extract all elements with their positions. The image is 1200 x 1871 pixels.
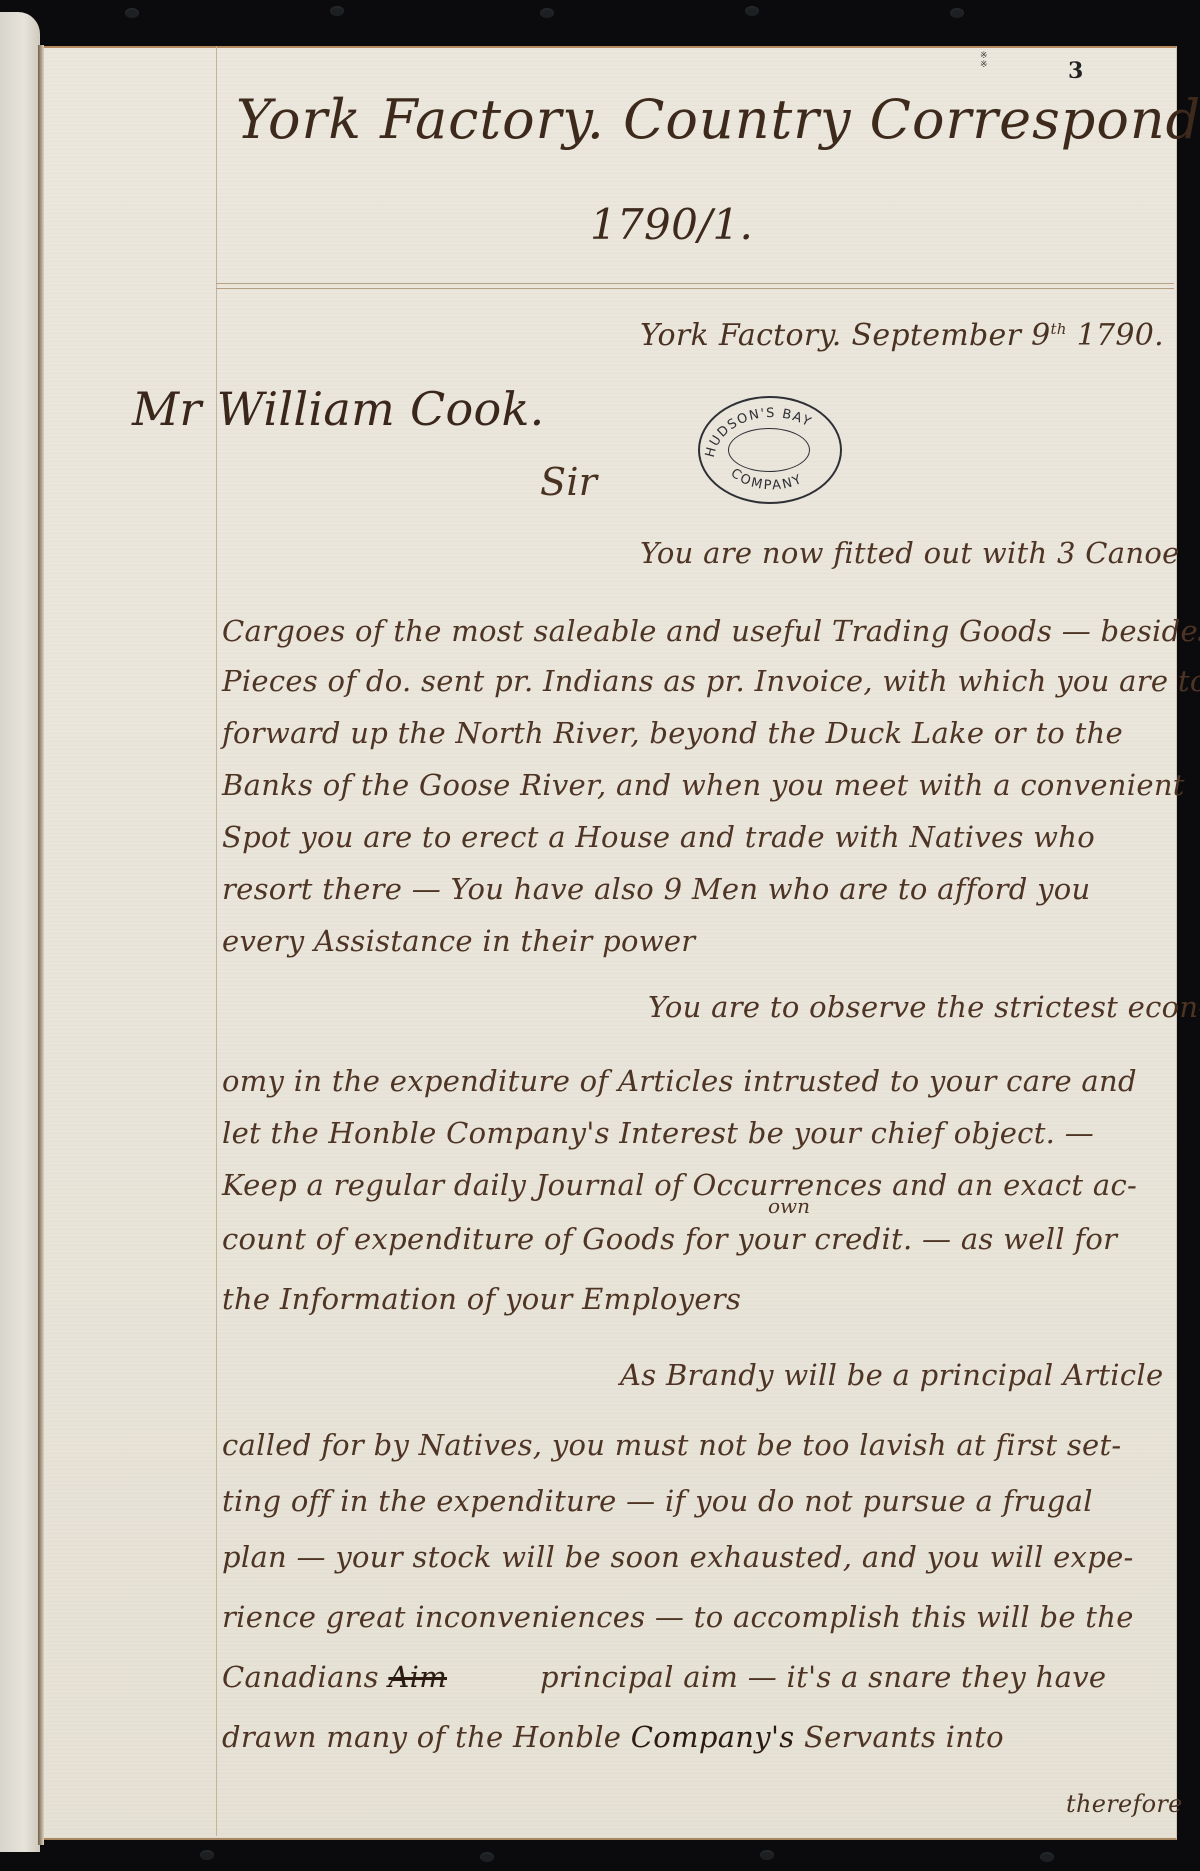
book-gutter (38, 45, 44, 1845)
binding-hole (1040, 1852, 1054, 1862)
letter-line: Spot you are to erect a House and trade … (222, 820, 1095, 854)
dateline-ordinal: th (1050, 320, 1066, 338)
volume-year: 1790/1. (590, 200, 753, 249)
letter-line: resort there — You have also 9 Men who a… (222, 872, 1091, 906)
addressee: Mr William Cook. (132, 382, 545, 436)
dateline-date: September 9 (851, 318, 1050, 353)
binding-hole (540, 8, 554, 18)
binding-hole (950, 8, 964, 18)
binding-hole (480, 1852, 494, 1862)
letter-line: plan — your stock will be soon exhausted… (222, 1540, 1134, 1574)
line-end: Servants into (804, 1720, 1004, 1754)
letter-line: Banks of the Goose River, and when you m… (222, 768, 1185, 802)
word-canadians: Canadians (222, 1660, 379, 1694)
header-rule-upper (216, 283, 1174, 284)
letter-line: count of expenditure of Goods for your c… (222, 1222, 1117, 1256)
binding-hole (745, 6, 759, 16)
dateline-year: 1790. (1077, 318, 1164, 353)
letter-line: Keep a regular daily Journal of Occurren… (222, 1168, 1137, 1202)
letter-line: ting off in the expenditure — if you do … (222, 1484, 1093, 1518)
facing-page-edge (0, 12, 40, 1852)
interlinear-insertion: own (768, 1194, 810, 1218)
header-rule-lower (216, 288, 1174, 289)
margin-rule (216, 46, 217, 1836)
salutation: Sir (540, 460, 597, 504)
letter-line: every Assistance in their power (222, 924, 695, 958)
letter-line: Pieces of do. sent pr. Indians as pr. In… (222, 664, 1200, 698)
dateline: York Factory. September 9th 1790. (640, 318, 1164, 353)
letter-line-with-deletion: Canadians Aim (222, 1660, 447, 1694)
catchword: therefore (1066, 1790, 1183, 1818)
letter-line: principal aim — it's a snare they have (540, 1660, 1106, 1694)
letter-line: You are now fitted out with 3 Canoe (640, 536, 1180, 570)
letter-line: called for by Natives, you must not be t… (222, 1428, 1122, 1462)
svg-text:COMPANY: COMPANY (728, 466, 806, 494)
line-start: drawn many of the Honble (222, 1720, 621, 1754)
hudsons-bay-company-stamp: HUDSON'S BAY COMPANY (698, 396, 842, 504)
letter-line: You are to observe the strictest econ- (648, 990, 1200, 1024)
letter-line: As Brandy will be a principal Article (620, 1358, 1163, 1392)
binding-hole (760, 1850, 774, 1860)
binding-hole (330, 6, 344, 16)
emphasized-word: Company's (631, 1720, 795, 1754)
binding-hole (200, 1850, 214, 1860)
page-number: 3 (1068, 58, 1083, 84)
letter-line: omy in the expenditure of Articles intru… (222, 1064, 1137, 1098)
letter-line: rience great inconveniences — to accompl… (222, 1600, 1134, 1634)
binding-hole (125, 8, 139, 18)
stamp-lettering-icon: HUDSON'S BAY COMPANY (700, 398, 840, 502)
letter-line: let the Honble Company's Interest be you… (222, 1116, 1094, 1150)
archive-reference-mark: ※ ※ (980, 52, 987, 70)
letter-line: drawn many of the Honble Company's Serva… (222, 1720, 1004, 1754)
volume-title: York Factory. Country Correspondence (236, 88, 1200, 151)
letter-line: the Information of your Employers (222, 1282, 741, 1316)
letter-line: forward up the North River, beyond the D… (222, 716, 1123, 750)
dateline-place: York Factory. (640, 318, 842, 353)
letter-line: Cargoes of the most saleable and useful … (222, 614, 1200, 648)
struck-word: Aim (388, 1660, 447, 1694)
svg-text:HUDSON'S BAY: HUDSON'S BAY (703, 406, 814, 459)
